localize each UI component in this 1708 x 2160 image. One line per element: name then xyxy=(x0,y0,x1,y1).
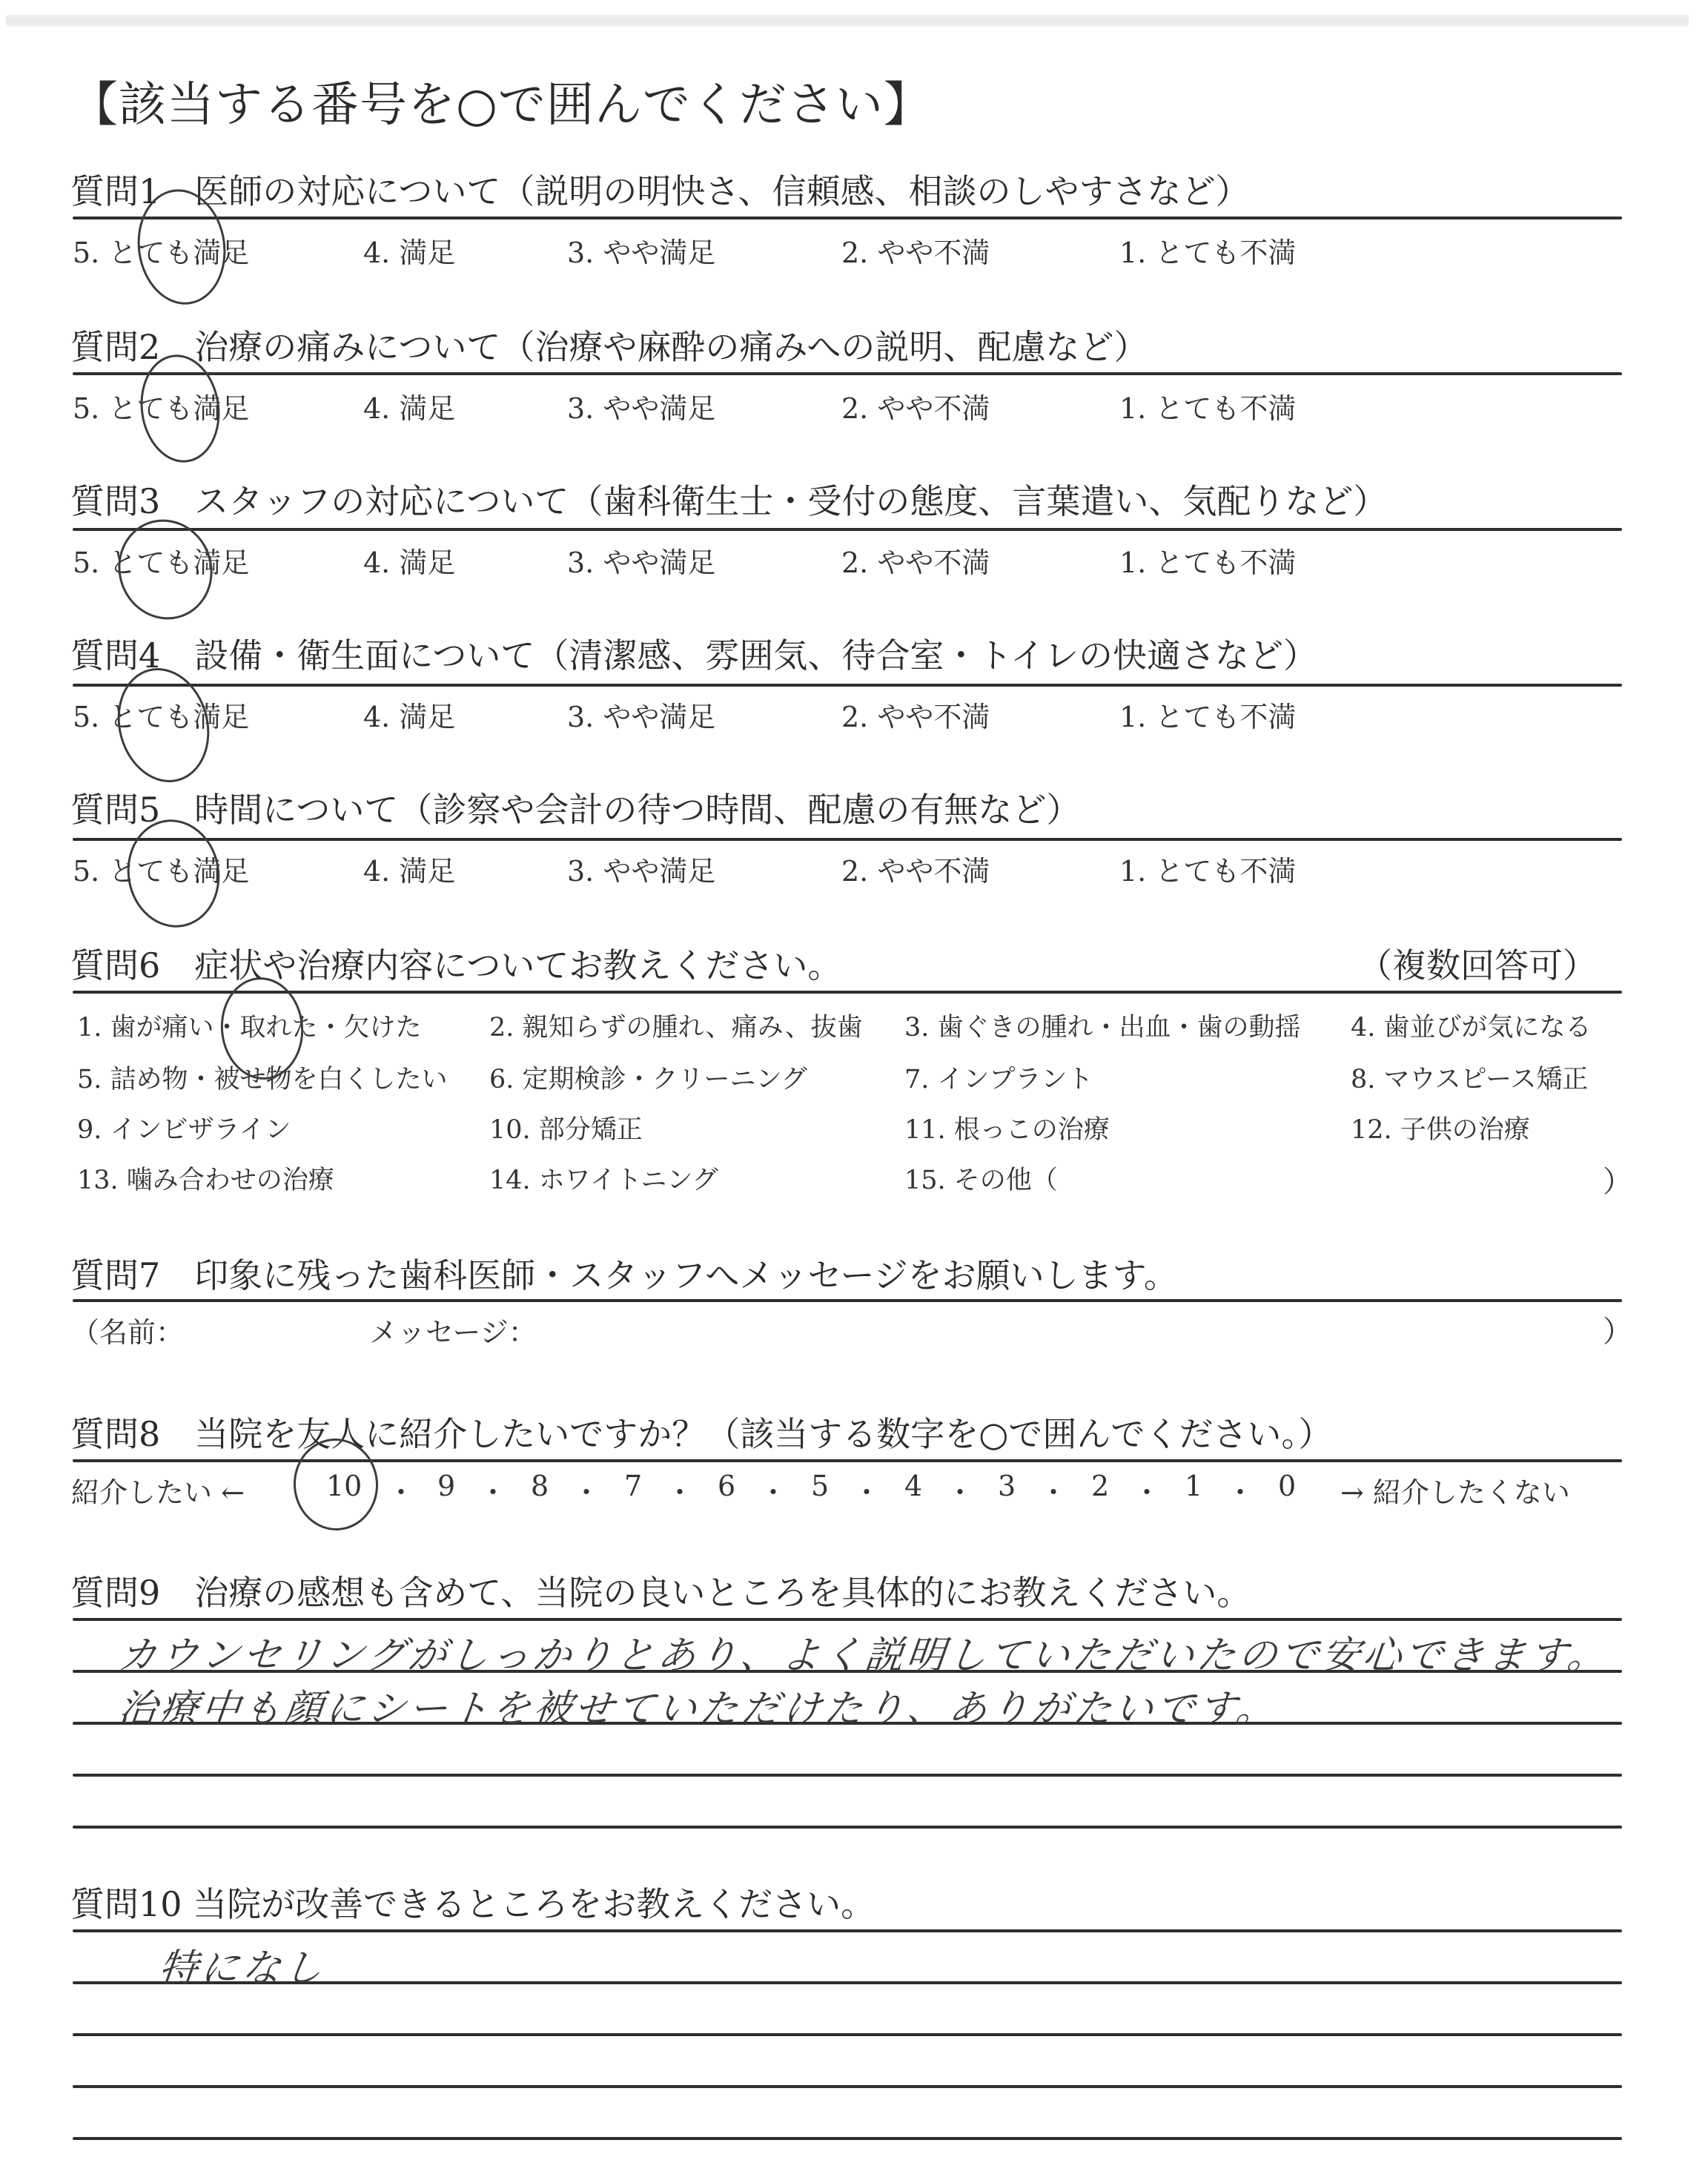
page-title: 【該当する番号を○で囲んでください】 xyxy=(70,67,932,135)
q8-value-9[interactable]: 9 xyxy=(437,1470,455,1502)
q5-option-2[interactable]: 2. やや不満 xyxy=(841,848,990,889)
q6-multiple-note: （複数回答可） xyxy=(1358,939,1597,988)
q6-option-11[interactable]: 11. 根っこの治療 xyxy=(904,1109,1110,1146)
q1-option-3[interactable]: 3. やや満足 xyxy=(567,230,715,271)
q8-value-4[interactable]: 4 xyxy=(904,1470,922,1502)
q2-option-1[interactable]: 1. とても不満 xyxy=(1119,386,1296,426)
divider xyxy=(73,1459,1622,1462)
q8-left-label: 紹介したい ← xyxy=(71,1470,245,1510)
q3-option-1[interactable]: 1. とても不満 xyxy=(1119,540,1296,581)
q2-title: 質問2 治療の痛みについて（治療や麻酔の痛みへの説明、配慮など） xyxy=(70,320,1148,369)
q10-answer-line-2[interactable] xyxy=(116,1989,1529,2030)
q4-option-5[interactable]: 5. とても満足 xyxy=(73,694,249,735)
q6-other-close-paren: ） xyxy=(1603,1158,1632,1200)
q6-option-14[interactable]: 14. ホワイトニング xyxy=(489,1160,718,1197)
q7-close-paren: ） xyxy=(1603,1308,1632,1350)
q9-answer-line-3[interactable] xyxy=(116,1729,1529,1771)
q2-option-3[interactable]: 3. やや満足 xyxy=(567,386,715,426)
q3-option-4[interactable]: 4. 満足 xyxy=(363,540,455,581)
divider xyxy=(73,1299,1622,1302)
q6-option-13[interactable]: 13. 噛み合わせの治療 xyxy=(77,1160,334,1197)
q8-separator: ・ xyxy=(946,1470,974,1510)
q6-option-4[interactable]: 4. 歯並びが気になる xyxy=(1351,1007,1592,1044)
q8-separator: ・ xyxy=(759,1470,787,1510)
q10-answer-line-4[interactable] xyxy=(116,2093,1529,2134)
q8-value-10[interactable]: 10 xyxy=(326,1470,362,1502)
divider xyxy=(73,528,1622,531)
q4-option-3[interactable]: 3. やや満足 xyxy=(567,694,715,735)
q3-option-3[interactable]: 3. やや満足 xyxy=(567,540,715,581)
q6-option-12[interactable]: 12. 子供の治療 xyxy=(1351,1109,1530,1146)
q1-option-5[interactable]: 5. とても満足 xyxy=(73,230,249,271)
q9-answer-line-2[interactable]: 治療中も顔にシートを被せていただけたり、ありがたいです。 xyxy=(116,1677,1281,1733)
q1-title: 質問1 医師の対応について（説明の明快さ、信頼感、相談のしやすさなど） xyxy=(70,165,1250,214)
q10-answer-line-3[interactable] xyxy=(116,2041,1529,2082)
q7-title: 質問7 印象に残った歯科医師・スタッフへメッセージをお願いします。 xyxy=(70,1249,1178,1298)
q6-option-2[interactable]: 2. 親知らずの腫れ、痛み、抜歯 xyxy=(489,1007,863,1044)
q6-option-6[interactable]: 6. 定期検診・クリーニング xyxy=(489,1059,807,1096)
q6-option-10[interactable]: 10. 部分矯正 xyxy=(489,1109,643,1146)
q8-separator: ・ xyxy=(387,1470,415,1510)
q1-option-4[interactable]: 4. 満足 xyxy=(363,230,455,271)
q8-separator: ・ xyxy=(572,1470,600,1510)
q5-option-3[interactable]: 3. やや満足 xyxy=(567,848,715,889)
q1-option-2[interactable]: 2. やや不満 xyxy=(841,230,990,271)
answer-line xyxy=(73,2085,1622,2088)
q8-separator: ・ xyxy=(1133,1470,1161,1510)
divider xyxy=(73,217,1622,219)
q8-value-8[interactable]: 8 xyxy=(531,1470,549,1502)
q2-option-4[interactable]: 4. 満足 xyxy=(363,386,455,426)
q7-message-label: メッセージ： xyxy=(369,1309,537,1350)
q9-answer-line-1[interactable]: カウンセリングがしっかりとあり、よく説明していただいたので安心できます。 xyxy=(116,1624,1612,1680)
answer-line xyxy=(73,2033,1622,2036)
q8-value-0[interactable]: 0 xyxy=(1278,1470,1296,1502)
q5-option-1[interactable]: 1. とても不満 xyxy=(1119,848,1296,889)
q6-option-9[interactable]: 9. インビザライン xyxy=(77,1109,291,1146)
q6-option-5[interactable]: 5. 詰め物・被せ物を白くしたい xyxy=(77,1059,448,1096)
q3-option-5[interactable]: 5. とても満足 xyxy=(73,540,249,581)
q8-right-label: → 紹介したくない xyxy=(1340,1470,1570,1510)
q8-value-3[interactable]: 3 xyxy=(998,1470,1016,1502)
answer-line xyxy=(73,1826,1622,1829)
q7-message-field[interactable] xyxy=(549,1309,1572,1342)
q5-option-5[interactable]: 5. とても満足 xyxy=(73,848,249,889)
q4-title: 質問4 設備・衛生面について（清潔感、雰囲気、待合室・トイレの快適さなど） xyxy=(70,629,1317,678)
answer-line xyxy=(73,1618,1622,1621)
q9-answer-line-4[interactable] xyxy=(116,1781,1529,1823)
q8-separator: ・ xyxy=(1226,1470,1254,1510)
q8-separator: ・ xyxy=(666,1470,694,1510)
divider xyxy=(73,684,1622,687)
q7-name-label: （名前： xyxy=(71,1309,184,1350)
q8-separator: ・ xyxy=(479,1470,507,1510)
q4-option-1[interactable]: 1. とても不満 xyxy=(1119,694,1296,735)
q10-answer-line-1[interactable]: 特になし xyxy=(156,1937,328,1992)
divider xyxy=(73,838,1622,841)
q8-value-6[interactable]: 6 xyxy=(718,1470,735,1502)
q2-option-2[interactable]: 2. やや不満 xyxy=(841,386,990,426)
q8-title: 質問8 当院を友人に紹介したいですか？（該当する数字を○で囲んでください。） xyxy=(70,1407,1332,1456)
q7-name-field[interactable] xyxy=(185,1309,348,1342)
q8-separator: ・ xyxy=(1039,1470,1067,1510)
q6-option-7[interactable]: 7. インプラント xyxy=(904,1059,1093,1096)
answer-line xyxy=(73,1774,1622,1777)
q2-option-5[interactable]: 5. とても満足 xyxy=(73,386,249,426)
q3-title: 質問3 スタッフの対応について（歯科衛生士・受付の態度、言葉遣い、気配りなど） xyxy=(70,475,1387,524)
answer-line xyxy=(73,1929,1622,1932)
q5-option-4[interactable]: 4. 満足 xyxy=(363,848,455,889)
q5-title: 質問5 時間について（診察や会計の待つ時間、配慮の有無など） xyxy=(70,783,1080,832)
scan-edge xyxy=(6,15,1689,27)
q10-title: 質問10 当院が改善できるところをお教えください。 xyxy=(70,1877,875,1926)
q8-separator: ・ xyxy=(853,1470,881,1510)
q6-option-15-other[interactable]: 15. その他（ xyxy=(904,1160,1058,1197)
q6-option-3[interactable]: 3. 歯ぐきの腫れ・出血・歯の動揺 xyxy=(904,1007,1301,1044)
q8-value-7[interactable]: 7 xyxy=(624,1470,642,1502)
q3-option-2[interactable]: 2. やや不満 xyxy=(841,540,990,581)
q6-option-8[interactable]: 8. マウスピース矯正 xyxy=(1351,1059,1588,1096)
q8-value-2[interactable]: 2 xyxy=(1091,1470,1109,1502)
divider xyxy=(73,372,1622,375)
q6-title: 質問6 症状や治療内容についてお教えください。 xyxy=(70,939,841,988)
divider xyxy=(73,991,1622,994)
q8-value-1[interactable]: 1 xyxy=(1185,1470,1202,1502)
q4-option-2[interactable]: 2. やや不満 xyxy=(841,694,990,735)
q6-option-1[interactable]: 1. 歯が痛い・取れた・欠けた xyxy=(77,1007,422,1044)
q9-title: 質問9 治療の感想も含めて、当院の良いところを具体的にお教えください。 xyxy=(70,1566,1251,1615)
q8-value-5[interactable]: 5 xyxy=(811,1470,829,1502)
answer-line xyxy=(73,2137,1622,2140)
q4-option-4[interactable]: 4. 満足 xyxy=(363,694,455,735)
q1-option-1[interactable]: 1. とても不満 xyxy=(1119,230,1296,271)
